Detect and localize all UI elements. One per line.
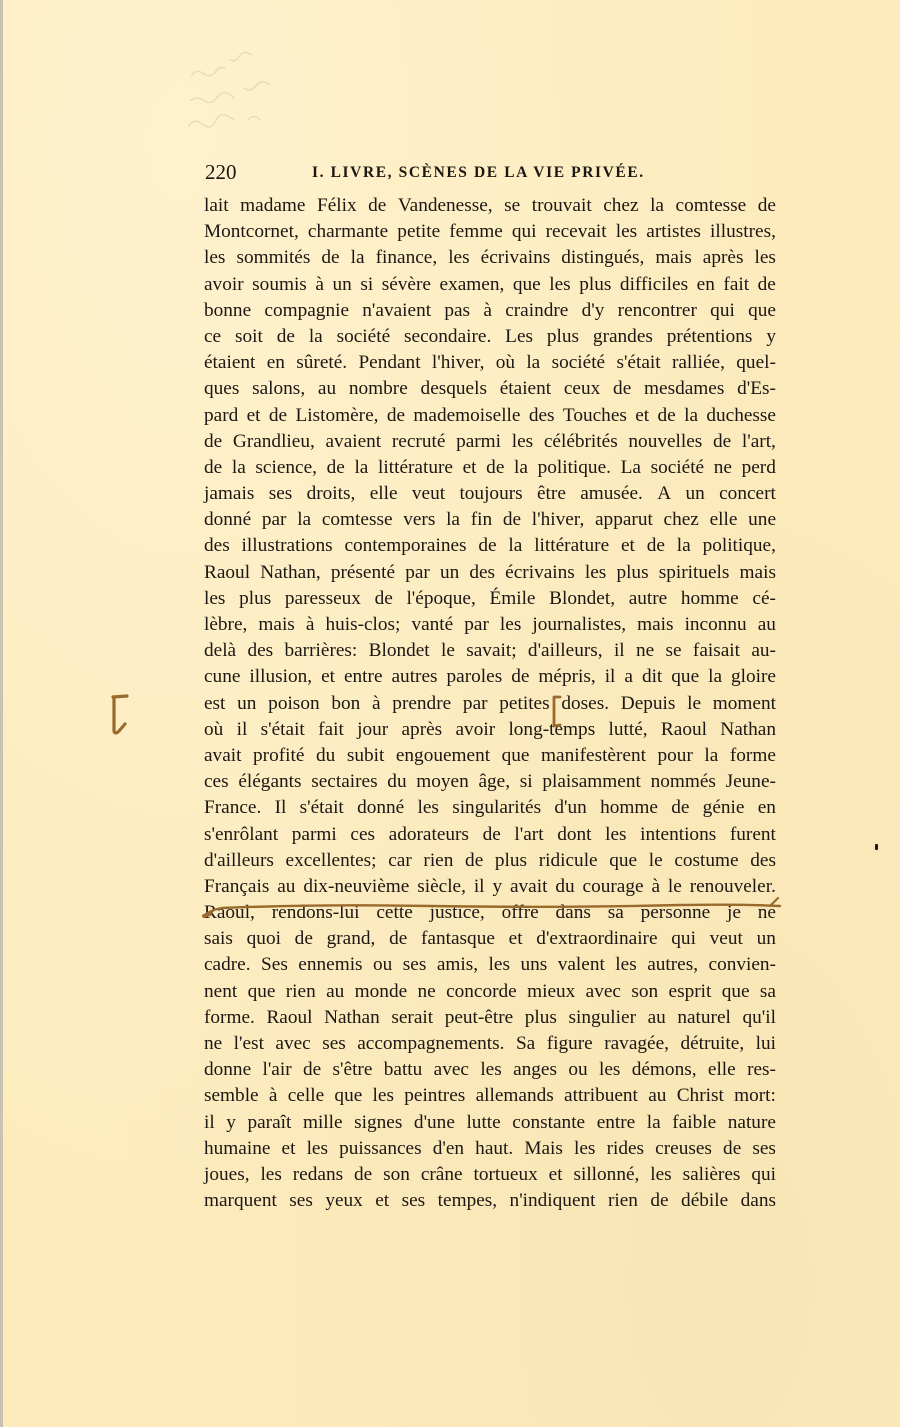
text-line: pardetdeListomère,demademoiselledesTouch… [204, 403, 776, 429]
text-line: sembleàcellequelespeintresallemandsattri… [204, 1083, 776, 1109]
running-title: I. LIVRE, SCÈNES DE LA VIE PRIVÉE. [312, 161, 645, 185]
text-line: RaoulNathan,présentéparundesécrivainsles… [204, 560, 776, 586]
text-line: lessommitésdelafinance,lesécrivainsdisti… [204, 245, 776, 271]
text-line: jamaissesdroits,elleveuttoujoursêtreamus… [204, 481, 776, 507]
text-line: joues,lesredansdesoncrânetortueuxetsillo… [204, 1162, 776, 1188]
body-text: laitmadameFélixdeVandenesse,setrouvaitch… [204, 193, 776, 1214]
text-line: deGrandlieu,avaientrecrutéparmilescélébr… [204, 429, 776, 455]
text-line: laitmadameFélixdeVandenesse,setrouvaitch… [204, 193, 776, 219]
text-line: delàdesbarrières:Blondetlesavait;d'aille… [204, 638, 776, 664]
text-line: desillustrationscontemporainesdelalittér… [204, 533, 776, 559]
text-line: lesplusparesseuxdel'époque,ÉmileBlondet,… [204, 586, 776, 612]
inline-bracket-annotation-icon [551, 694, 563, 730]
book-page: 220 I. LIVRE, SCÈNES DE LA VIE PRIVÉE. l… [0, 0, 900, 1427]
page-number: 220 [205, 160, 237, 184]
text-line: lèbre,maisàhuis-clos;vantéparlesjournali… [204, 612, 776, 638]
margin-bracket-annotation-icon [110, 693, 130, 737]
text-line: étaientensûreté.Pendantl'hiver,oùlasocié… [204, 350, 776, 376]
text-line: bonnecompagnien'avaientpasàcraindred'yre… [204, 298, 776, 324]
ink-speck [875, 844, 878, 850]
text-line: forme.RaoulNathanseraitpeut-êtreplussing… [204, 1005, 776, 1031]
text-line: donnel'airdes'êtrebattuaveclesangesoules… [204, 1057, 776, 1083]
text-line: cesoitdelasociétésecondaire.Lesplusgrand… [204, 324, 776, 350]
page-edge [0, 0, 3, 1427]
text-line: nel'estavecsesaccompagnements.Safigurera… [204, 1031, 776, 1057]
text-line: marquentsesyeuxetsestempes,n'indiquentri… [204, 1188, 776, 1214]
text-line: s'enrôlantparmicesadorateursdel'artdontl… [204, 822, 776, 848]
text-line: nentquerienaumondeneconcordemieuxavecson… [204, 979, 776, 1005]
text-line: France.Ils'étaitdonnélessingularitésd'un… [204, 795, 776, 821]
text-line: cuneillusion,etentreautresparolesdemépri… [204, 664, 776, 690]
text-line: Montcornet,charmantepetitefemmequireceva… [204, 219, 776, 245]
text-line: d'ailleursexcellentes;carriendeplusridic… [204, 848, 776, 874]
text-line: cesélégantssectairesdumoyenâge,siplaisam… [204, 769, 776, 795]
text-line: estunpoisonbonàprendreparpetitesdoses.De… [204, 691, 776, 717]
text-line: cadre.Sesennemisousesamis,lesunsvalentle… [204, 952, 776, 978]
text-line: donnéparlacomtesseverslafindel'hiver,app… [204, 507, 776, 533]
text-line: delascience,delalittératureetdelapolitiq… [204, 455, 776, 481]
text-line: oùils'étaitfaitjouraprèsavoirlong-tempsl… [204, 717, 776, 743]
pen-underline-annotation [200, 888, 790, 924]
text-line: saisquoidegrand,defantasqueetd'extraordi… [204, 926, 776, 952]
faint-pencil-marks [90, 42, 301, 159]
running-header: 220 I. LIVRE, SCÈNES DE LA VIE PRIVÉE. [205, 160, 785, 184]
text-line: quessalons,aunombredesquelsétaientceuxde… [204, 376, 776, 402]
text-line: humaineetlespuissancesd'enhaut.Maislesri… [204, 1136, 776, 1162]
text-line: avaitprofitédusubitengouementquemanifest… [204, 743, 776, 769]
text-line: avoirsoumisàunsisévèreexamen,quelesplusd… [204, 272, 776, 298]
text-line: ilyparaîtmillesignesd'unelutteconstantee… [204, 1110, 776, 1136]
